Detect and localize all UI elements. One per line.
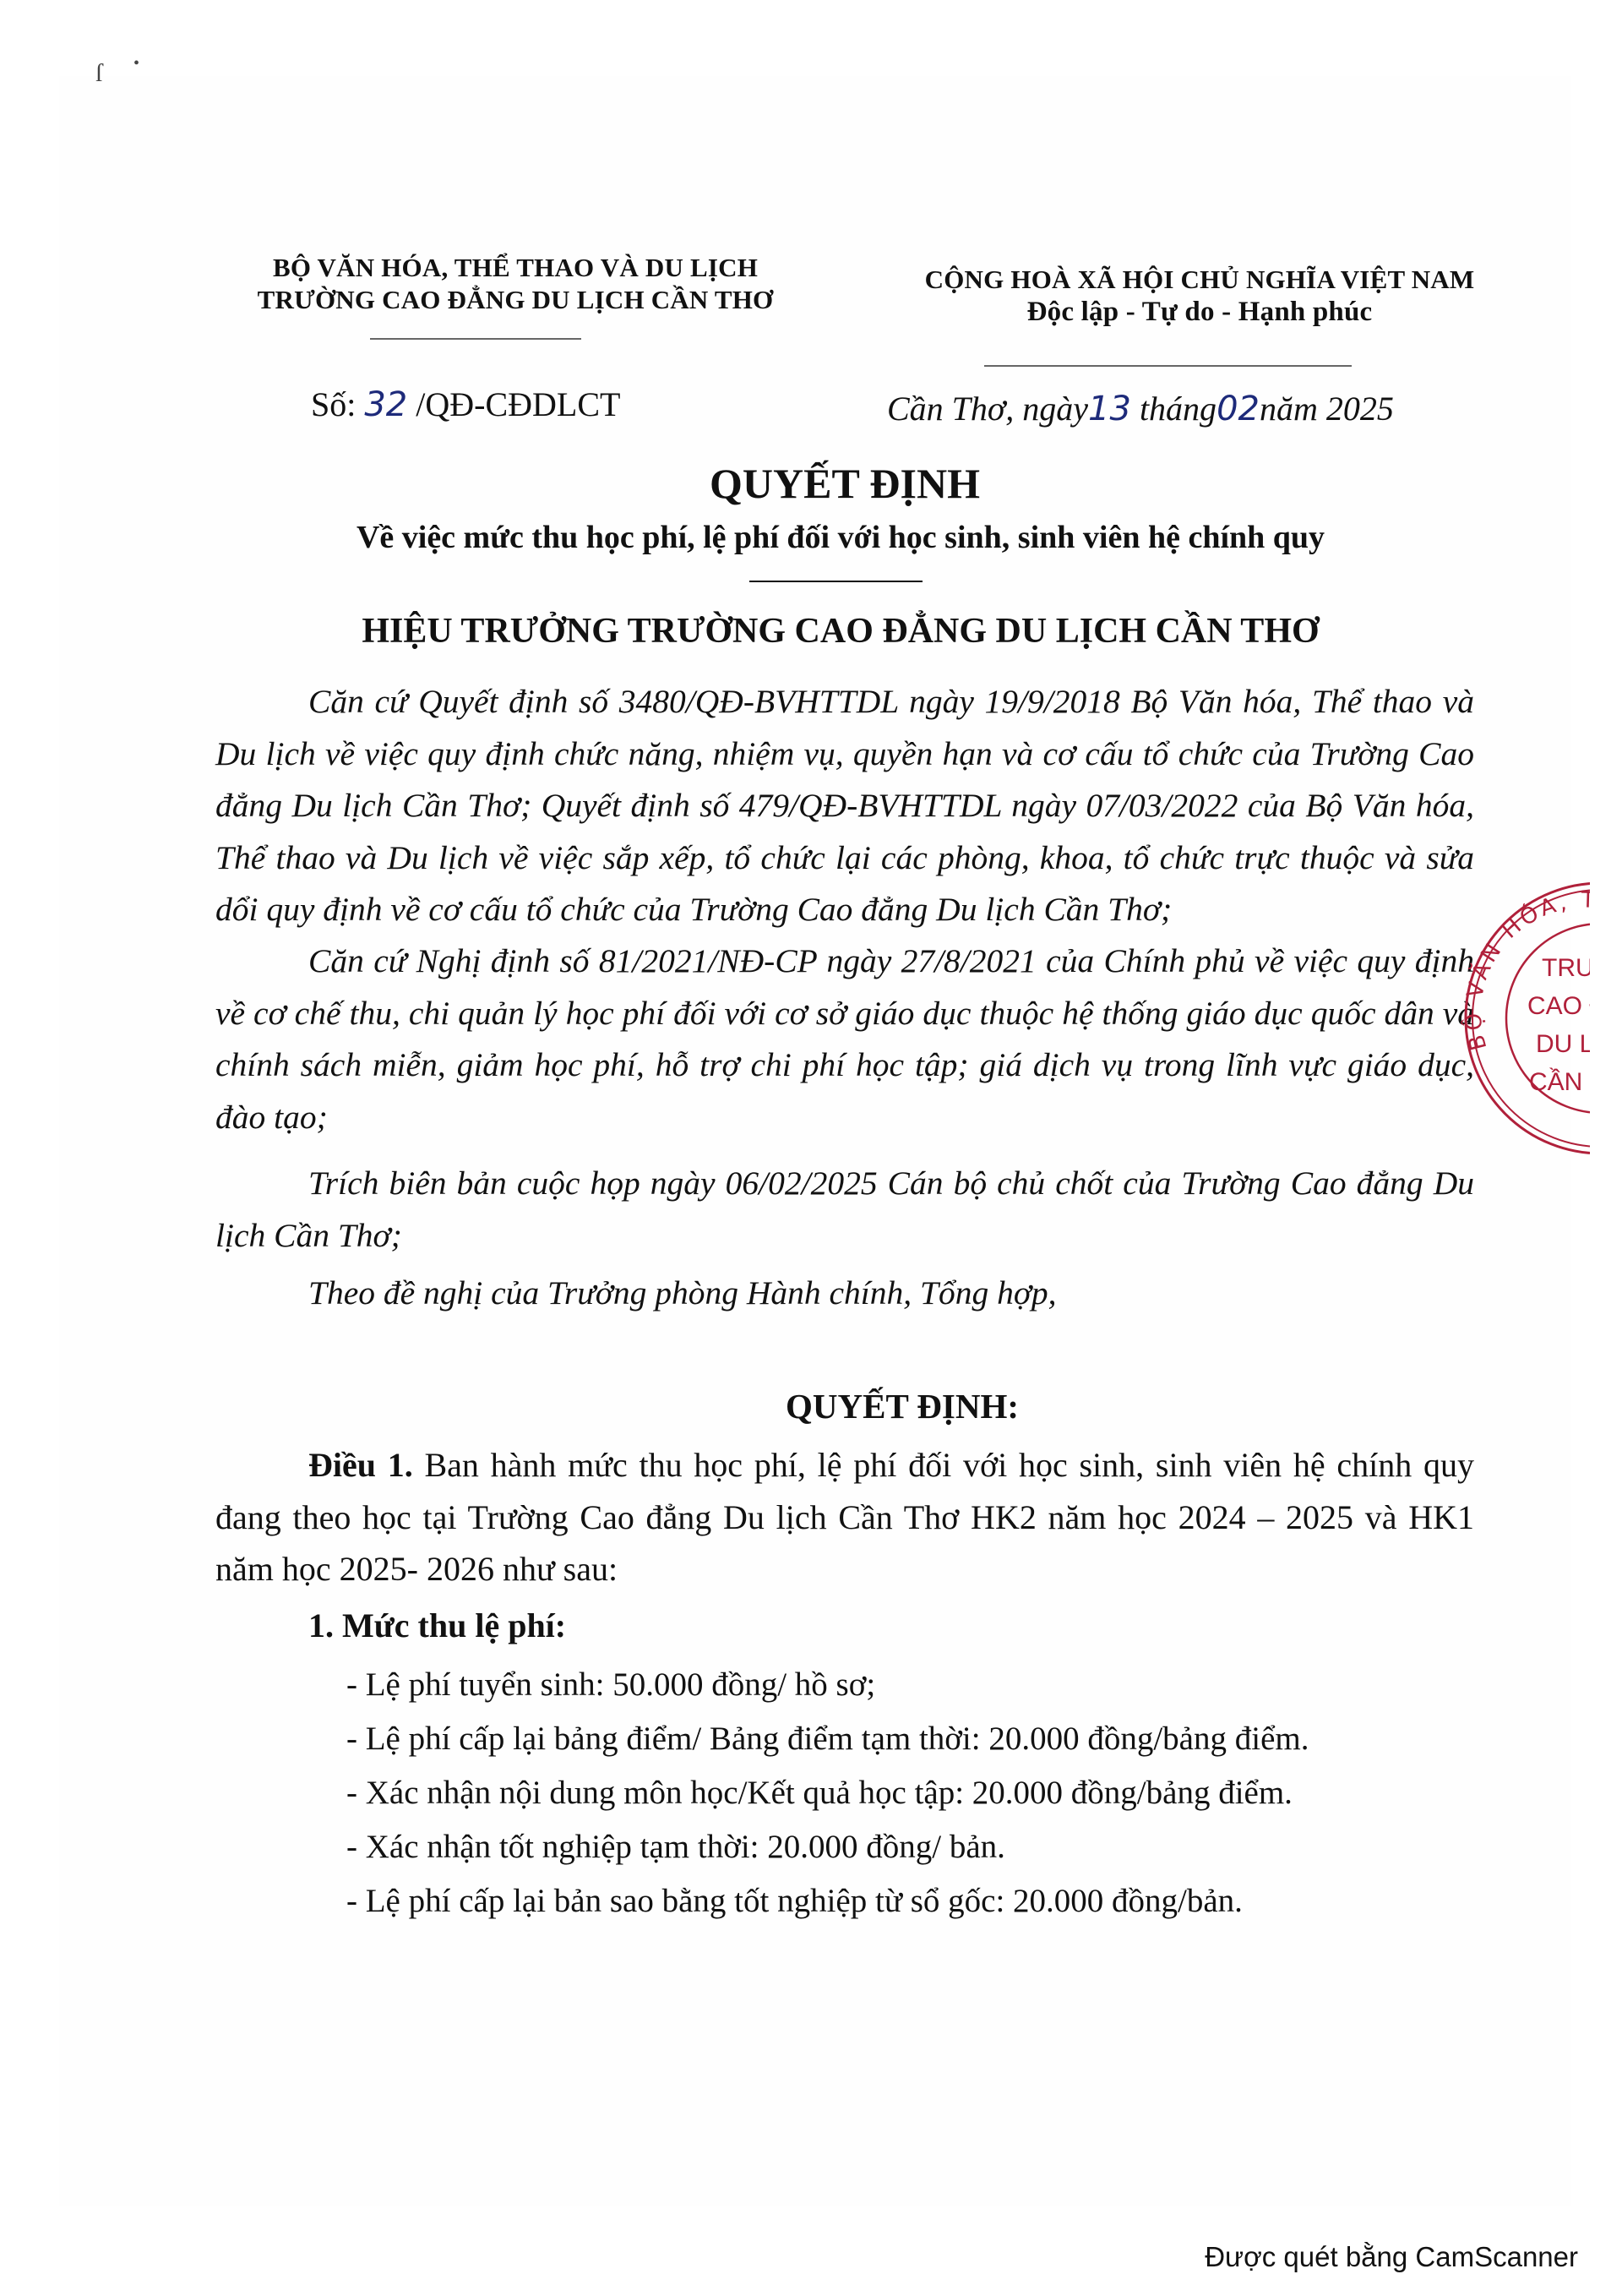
preamble-text: Căn cứ Quyết định số 3480/QĐ-BVHTTDL ngà… [215, 683, 1474, 928]
scan-artifact-mark: ſ [95, 59, 102, 88]
header-left-underline [370, 338, 581, 340]
number-label: Số: [311, 385, 356, 423]
preamble-text: Theo đề nghị của Trưởng phòng Hành chính… [308, 1274, 1057, 1312]
fee-item: - Lệ phí cấp lại bảng điểm/ Bảng điểm tạ… [346, 1712, 1309, 1766]
national-header: CỘNG HOÀ XÃ HỘI CHỦ NGHĨA VIỆT NAM Độc l… [895, 264, 1504, 328]
decision-heading: QUYẾT ĐỊNH: [786, 1386, 1019, 1426]
number-suffix: /QĐ-CĐDLCT [416, 385, 620, 423]
ministry-header: BỘ VĂN HÓA, THỂ THAO VÀ DU LỊCH TRƯỜNG C… [228, 252, 803, 316]
fee-item: - Xác nhận nội dung môn học/Kết quả học … [346, 1766, 1309, 1820]
year-label: năm 2025 [1260, 390, 1394, 428]
preamble-paragraph-3: Trích biên bản cuộc họp ngày 06/02/2025 … [215, 1158, 1474, 1262]
handwritten-day: 13 [1088, 390, 1131, 428]
article-1: Điều 1. Ban hành mức thu học phí, lệ phí… [215, 1439, 1474, 1595]
page-edge-mask [1590, 845, 1622, 1200]
school-name: TRƯỜNG CAO ĐẲNG DU LỊCH CẦN THƠ [228, 284, 803, 316]
document-date: Cần Thơ, ngày13 tháng02năm 2025 [887, 389, 1394, 428]
preamble-text: Trích biên bản cuộc họp ngày 06/02/2025 … [215, 1164, 1474, 1254]
fee-item: - Lệ phí cấp lại bản sao bằng tốt nghiệp… [346, 1874, 1309, 1928]
preamble-paragraph-1: Căn cứ Quyết định số 3480/QĐ-BVHTTDL ngà… [215, 676, 1474, 936]
header-right-underline [984, 365, 1352, 367]
fee-item: - Lệ phí tuyển sinh: 50.000 đồng/ hồ sơ; [346, 1658, 1309, 1712]
svg-text:CẦN: CẦN [1529, 1067, 1582, 1096]
subject-underline [749, 581, 923, 582]
scan-artifact-dot: • [133, 54, 139, 74]
month-label: tháng [1140, 390, 1216, 428]
national-motto: Độc lập - Tự do - Hạnh phúc [895, 296, 1504, 328]
svg-text:DU L: DU L [1536, 1030, 1593, 1058]
handwritten-number: 32 [364, 385, 407, 424]
country-name: CỘNG HOÀ XÃ HỘI CHỦ NGHĨA VIỆT NAM [895, 264, 1504, 296]
camscanner-watermark: Được quét bằng CamScanner [1205, 2241, 1578, 2273]
document-number: Số: 32 /QĐ-CĐDLCT [311, 384, 620, 424]
issuing-authority: HIỆU TRƯỞNG TRƯỜNG CAO ĐẲNG DU LỊCH CẦN … [30, 611, 1622, 652]
fee-item: - Xác nhận tốt nghiệp tạm thời: 20.000 đ… [346, 1820, 1309, 1874]
document-title: QUYẾT ĐỊNH [34, 459, 1622, 508]
preamble-text: Căn cứ Nghị định số 81/2021/NĐ-CP ngày 2… [215, 942, 1474, 1136]
ministry-name: BỘ VĂN HÓA, THỂ THAO VÀ DU LỊCH [228, 252, 803, 284]
date-prefix: Cần Thơ, ngày [887, 390, 1088, 428]
preamble-paragraph-4: Theo đề nghị của Trưởng phòng Hành chính… [215, 1268, 1474, 1320]
document-subject: Về việc mức thu học phí, lệ phí đối với … [30, 519, 1622, 556]
svg-text:TRƯ: TRƯ [1542, 954, 1598, 982]
fee-list: - Lệ phí tuyển sinh: 50.000 đồng/ hồ sơ;… [346, 1658, 1309, 1928]
handwritten-month: 02 [1216, 390, 1260, 428]
article-1-label: Điều 1. [308, 1446, 413, 1484]
preamble-paragraph-2: Căn cứ Nghị định số 81/2021/NĐ-CP ngày 2… [215, 935, 1474, 1143]
section-1-heading: 1. Mức thu lệ phí: [308, 1606, 566, 1645]
